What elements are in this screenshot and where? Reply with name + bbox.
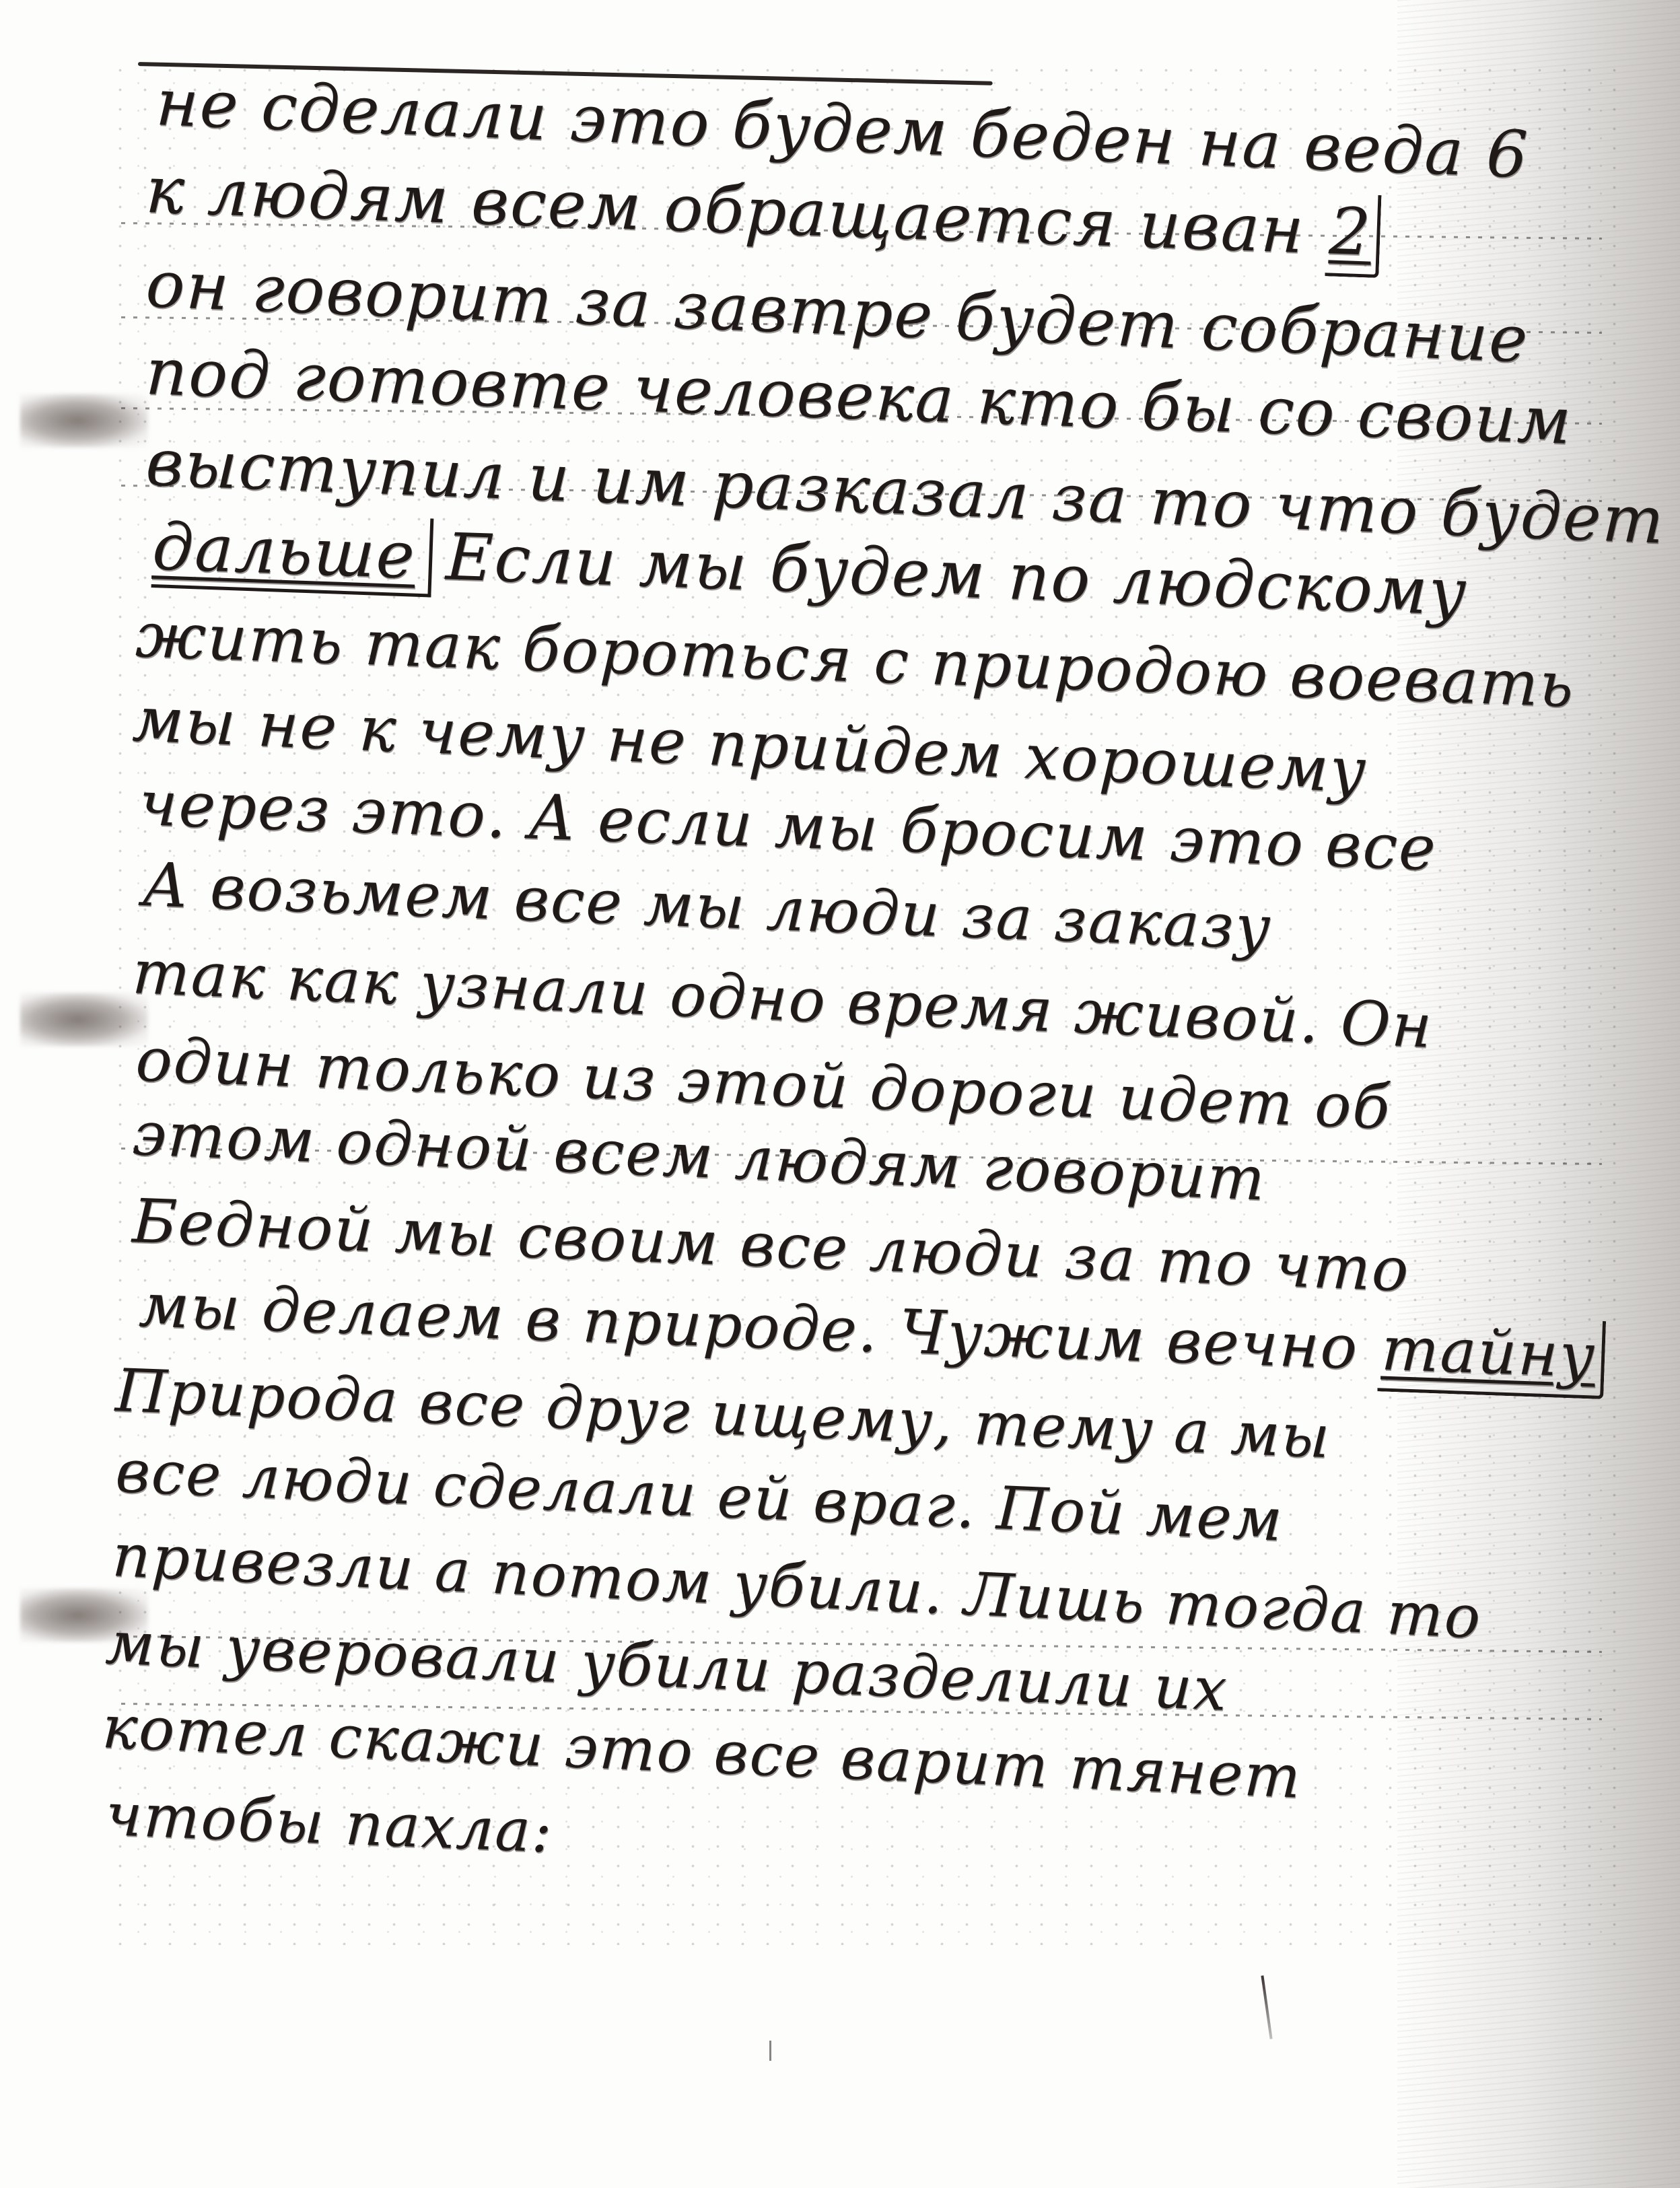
boxed-annotation: 2: [1325, 193, 1382, 278]
manuscript-line: чтобы пахла:: [104, 1785, 554, 1861]
line-text: чтобы пахла:: [104, 1779, 555, 1866]
line-text: дальше: [151, 509, 434, 597]
boxed-annotation: тайну: [1377, 1313, 1605, 1399]
handwritten-text: не сделали это будем беден на веда 6к лю…: [0, 0, 1680, 2188]
document-page: не сделали это будем беден на веда 6к лю…: [0, 0, 1680, 2188]
pen-mark: [769, 2041, 771, 2061]
